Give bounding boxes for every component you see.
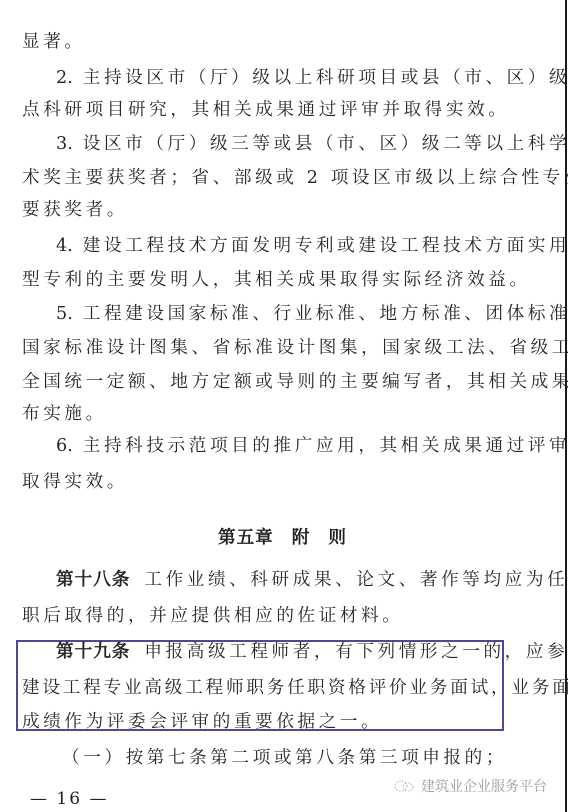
chapter-heading: 第五章附则	[0, 524, 565, 549]
text-line: 国家标准设计图集、省标准设计图集，国家级工法、省级工法，	[22, 336, 502, 360]
list-item-5: 5.工程建设国家标准、行业标准、地方标准、团体标准，	[56, 302, 536, 326]
text-line: 要获奖者。	[22, 198, 502, 222]
article-19-label: 第十九条	[56, 642, 130, 662]
list-item-3: 3.设区市（厅）级三等或县（市、区）级二等以上科学技	[56, 132, 536, 156]
article-19-line2: 建设工程专业高级工程师职务任职资格评价业务面试，业务面试	[22, 676, 502, 700]
article-18-line1: 第十八条工作业绩、科研成果、论文、著作等均应为任现	[56, 568, 536, 592]
article-19-line1: 第十九条申报高级工程师者，有下列情形之一的，应参加	[56, 640, 536, 664]
text-line: 显著。	[22, 30, 502, 54]
list-item-4: 4.建设工程技术方面发明专利或建设工程技术方面实用新	[56, 234, 536, 258]
wechat-icon	[393, 779, 415, 793]
item-1: （一）按第七条第二项或第八条第三项申报的；	[62, 746, 542, 770]
text-line: 点科研项目研究，其相关成果通过评审并取得实效。	[22, 98, 502, 122]
list-item-2: 2.主持设区市（厅）级以上科研项目或县（市、区）级重	[56, 66, 536, 90]
page-number: — 16 —	[30, 789, 108, 809]
list-item-6: 6.主持科技示范项目的推广应用，其相关成果通过评审并	[56, 434, 536, 458]
article-19-line3: 成绩作为评委会评审的重要依据之一。	[22, 710, 502, 734]
text-line: 全国统一定额、地方定额或导则的主要编写者，其相关成果已颁	[22, 370, 502, 394]
text-line: 型专利的主要发明人，其相关成果取得实际经济效益。	[22, 268, 502, 292]
article-18-label: 第十八条	[56, 570, 130, 590]
watermark: 建筑业企业服务平台	[393, 776, 547, 796]
text-line: 术奖主要获奖者；省、部级或 2 项设区市级以上综合性专业奖主	[22, 166, 502, 190]
text-line: 取得实效。	[22, 470, 502, 494]
text-line: 布实施。	[22, 402, 502, 426]
article-18-line2: 职后取得的，并应提供相应的佐证材料。	[22, 604, 502, 628]
